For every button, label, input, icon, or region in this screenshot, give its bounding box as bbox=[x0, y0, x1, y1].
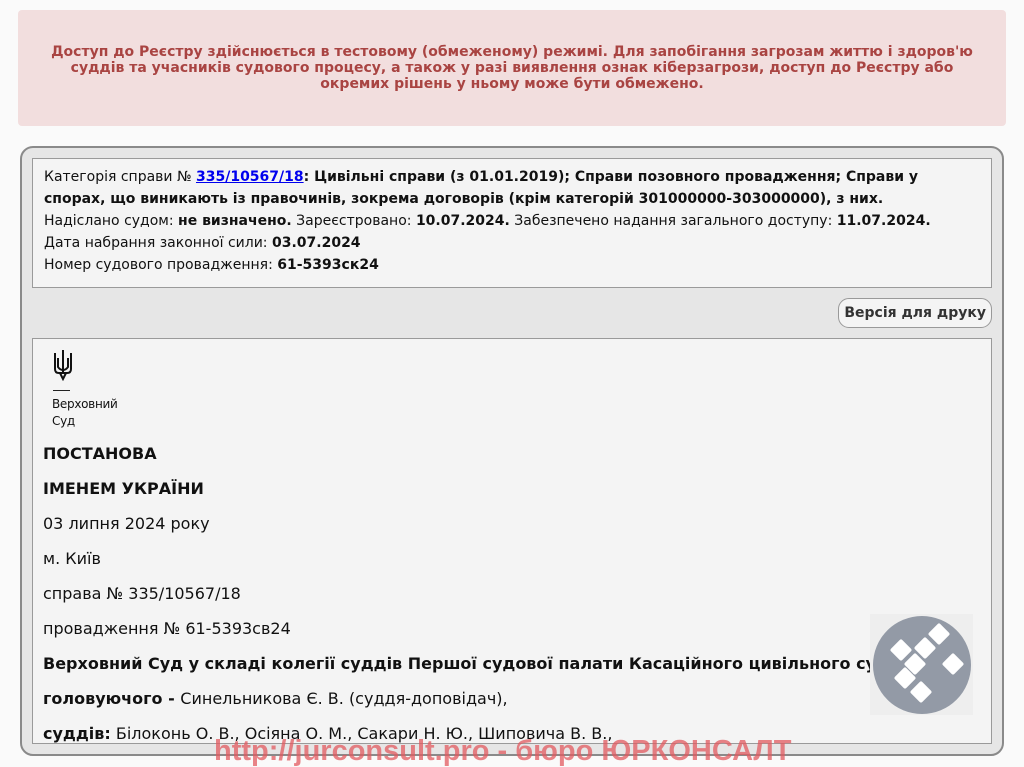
logo-divider bbox=[53, 390, 70, 391]
trident-icon bbox=[53, 349, 73, 381]
sent-by-label: Надіслано судом: bbox=[44, 213, 178, 229]
case-info-panel: Категорія справи № 335/10567/18: Цивільн… bbox=[32, 158, 992, 288]
document-date: 03 липня 2024 року bbox=[43, 509, 981, 544]
registered-value: 10.07.2024. bbox=[416, 213, 510, 229]
presiding-judge: головуючого - Синельникова Є. В. (суддя-… bbox=[43, 684, 981, 719]
logo-text: Верховний Суд bbox=[52, 396, 118, 430]
proceeding-number-label: Номер судового провадження: bbox=[44, 257, 277, 273]
document-subtitle: ІМЕНЕМ УКРАЇНИ bbox=[43, 474, 981, 509]
proceeding-number: Номер судового провадження: 61-5393ск24 bbox=[44, 254, 980, 276]
effective-date-value: 03.07.2024 bbox=[272, 235, 361, 251]
watermark-text: http://jurconsult.pro - бюро ЮРКОНСАЛТ bbox=[214, 734, 791, 767]
decision-frame: Категорія справи № 335/10567/18: Цивільн… bbox=[20, 146, 1004, 756]
document-proceeding-number: провадження № 61-5393св24 bbox=[43, 614, 981, 649]
proceeding-number-value: 61-5393ск24 bbox=[277, 257, 379, 273]
effective-date-label: Дата набрання законної сили: bbox=[44, 235, 272, 251]
subtitle-text: ІМЕНЕМ УКРАЇНИ bbox=[43, 479, 204, 498]
network-puzzle-icon bbox=[873, 616, 971, 714]
supreme-court-logo: Верховний Суд bbox=[51, 349, 131, 429]
judges-label: суддів: bbox=[43, 724, 111, 743]
category-label: Категорія справи № bbox=[44, 169, 196, 185]
document-title: ПОСТАНОВА bbox=[43, 439, 981, 474]
court-composition-text: Верховний Суд у складі колегії суддів Пе… bbox=[43, 654, 906, 673]
document-body: ПОСТАНОВА ІМЕНЕМ УКРАЇНИ 03 липня 2024 р… bbox=[43, 439, 981, 744]
case-dates: Надіслано судом: не визначено. Зареєстро… bbox=[44, 210, 980, 232]
floating-widget-button[interactable] bbox=[870, 614, 973, 715]
public-access-value: 11.07.2024. bbox=[837, 213, 931, 229]
decision-document: Верховний Суд ПОСТАНОВА ІМЕНЕМ УКРАЇНИ 0… bbox=[32, 338, 992, 744]
case-category: Категорія справи № 335/10567/18: Цивільн… bbox=[44, 166, 980, 210]
print-version-button[interactable]: Версія для друку bbox=[838, 298, 992, 328]
court-composition: Верховний Суд у складі колегії суддів Пе… bbox=[43, 649, 981, 684]
sent-by-value: не визначено. bbox=[178, 213, 292, 229]
document-city: м. Київ bbox=[43, 544, 981, 579]
presiding-label: головуючого - bbox=[43, 689, 180, 708]
registered-label: Зареєстровано: bbox=[292, 213, 416, 229]
access-notice-text: Доступ до Реєстру здійснюється в тестово… bbox=[34, 44, 990, 92]
access-notice: Доступ до Реєстру здійснюється в тестово… bbox=[18, 10, 1006, 126]
public-access-label: Забезпечено надання загального доступу: bbox=[510, 213, 837, 229]
title-text: ПОСТАНОВА bbox=[43, 444, 157, 463]
case-number-link[interactable]: 335/10567/18 bbox=[196, 169, 304, 185]
presiding-value: Синельникова Є. В. (суддя-доповідач), bbox=[180, 689, 507, 708]
effective-date: Дата набрання законної сили: 03.07.2024 bbox=[44, 232, 980, 254]
document-case-number: справа № 335/10567/18 bbox=[43, 579, 981, 614]
